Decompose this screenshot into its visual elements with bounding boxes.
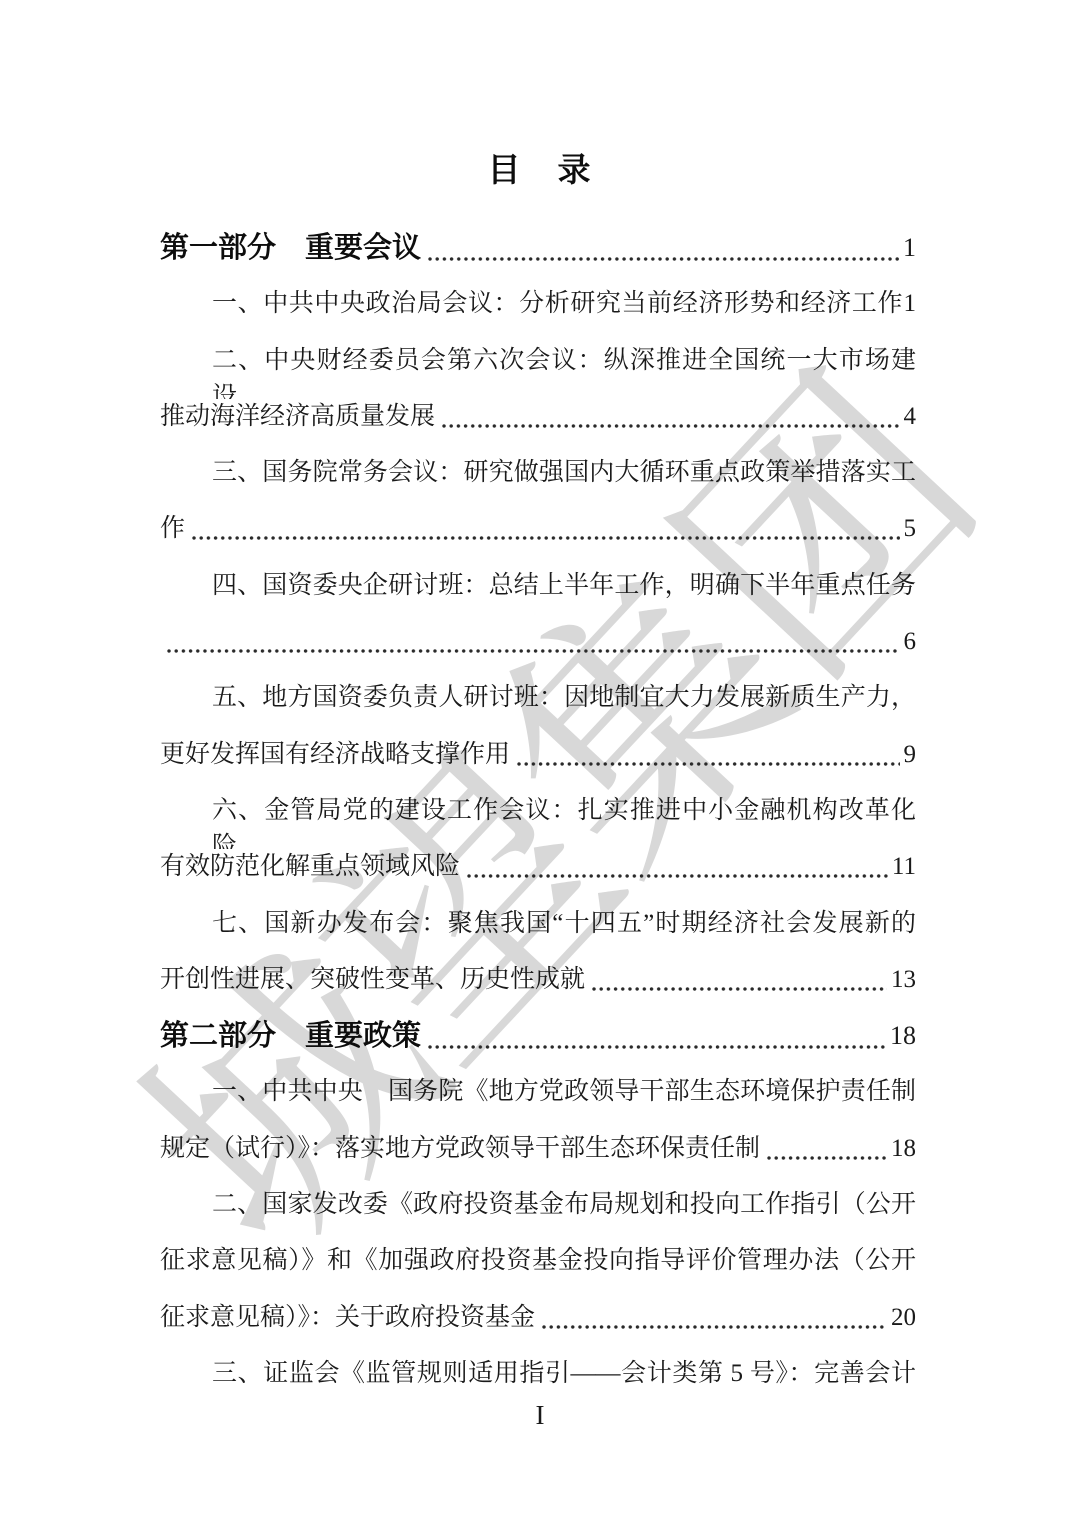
toc-entry-line: 更好发挥国有经济战略支撑作用9 bbox=[160, 737, 916, 793]
toc-entry-text: 六、金管局党的建设工作会议：扎实推进中小金融机构改革化险， bbox=[212, 793, 916, 849]
dot-leader bbox=[592, 987, 887, 991]
toc-section-heading: 第一部分 重要会议1 bbox=[160, 230, 916, 286]
toc-entry-text: 有效防范化解重点领域风险 bbox=[160, 849, 460, 885]
toc-entry-text: 征求意见稿）》和《加强政府投资基金投向指导评价管理办法（公开 bbox=[160, 1243, 916, 1279]
toc-page-number: 5 bbox=[904, 511, 917, 547]
toc-entry-line: 三、国务院常务会议：研究做强国内大循环重点政策举措落实工 bbox=[160, 455, 916, 511]
toc-entry-line: 一、中共中央 国务院《地方党政领导干部生态环境保护责任制 bbox=[160, 1074, 916, 1130]
toc-page-number: 1 bbox=[903, 230, 916, 266]
toc-entry-line: 有效防范化解重点领域风险11 bbox=[160, 849, 916, 905]
dot-leader bbox=[767, 1156, 887, 1160]
toc-entry-line: 作5 bbox=[160, 511, 916, 567]
toc-page-number: 11 bbox=[892, 849, 916, 885]
toc-page-number: 9 bbox=[904, 737, 917, 773]
toc-entry-text: 五、地方国资委负责人研讨班：因地制宜大力发展新质生产力， bbox=[212, 680, 916, 716]
dot-leader bbox=[542, 1325, 887, 1329]
toc-entry-text: 推动海洋经济高质量发展 bbox=[160, 399, 435, 435]
toc-entry-text: 规定（试行）》：落实地方党政领导干部生态环保责任制 bbox=[160, 1131, 760, 1167]
toc-entry-line: 征求意见稿）》：关于政府投资基金20 bbox=[160, 1300, 916, 1356]
table-of-contents: 第一部分 重要会议1一、中共中央政治局会议：分析研究当前经济形势和经济工作1二、… bbox=[160, 230, 916, 1412]
dot-leader bbox=[192, 536, 899, 540]
toc-entry-text: 二、国家发改委《政府投资基金布局规划和投向工作指引（公开 bbox=[212, 1187, 916, 1223]
toc-page-number: 18 bbox=[891, 1131, 916, 1167]
toc-page-number: 4 bbox=[904, 399, 917, 435]
dot-leader bbox=[467, 874, 888, 878]
toc-entry-text: 三、国务院常务会议：研究做强国内大循环重点政策举措落实工 bbox=[212, 455, 916, 491]
document-page: 城望集团 目 录 第一部分 重要会议1一、中共中央政治局会议：分析研究当前经济形… bbox=[0, 0, 1080, 1526]
toc-page-number: 20 bbox=[891, 1300, 916, 1336]
toc-entry-line: 二、国家发改委《政府投资基金布局规划和投向工作指引（公开 bbox=[160, 1187, 916, 1243]
toc-page-number: 1 bbox=[904, 286, 917, 322]
document-content: 目 录 第一部分 重要会议1一、中共中央政治局会议：分析研究当前经济形势和经济工… bbox=[0, 0, 1080, 1431]
toc-entry-line: 6 bbox=[160, 624, 916, 680]
toc-entry-line: 六、金管局党的建设工作会议：扎实推进中小金融机构改革化险， bbox=[160, 793, 916, 849]
toc-entry-line: 七、国新办发布会：聚焦我国“十四五”时期经济社会发展新的 bbox=[160, 906, 916, 962]
toc-entry-line: 推动海洋经济高质量发展4 bbox=[160, 399, 916, 455]
toc-entry-text: 作 bbox=[160, 511, 185, 547]
toc-entry-line: 二、中央财经委员会第六次会议：纵深推进全国统一大市场建设， bbox=[160, 343, 916, 399]
dot-leader bbox=[517, 762, 899, 766]
dot-leader bbox=[442, 424, 899, 428]
toc-entry-line: 开创性进展、突破性变革、历史性成就13 bbox=[160, 962, 916, 1018]
toc-entry-text: 第二部分 重要政策 bbox=[160, 1018, 421, 1054]
toc-entry-text: 四、国资委央企研讨班：总结上半年工作，明确下半年重点任务 bbox=[212, 568, 916, 604]
page-title: 目 录 bbox=[0, 0, 1080, 192]
dot-leader bbox=[428, 1045, 886, 1049]
toc-entry-text: 七、国新办发布会：聚焦我国“十四五”时期经济社会发展新的 bbox=[212, 906, 916, 942]
toc-entry-line: 规定（试行）》：落实地方党政领导干部生态环保责任制18 bbox=[160, 1131, 916, 1187]
toc-section-heading: 第二部分 重要政策18 bbox=[160, 1018, 916, 1074]
footer-page-number: I bbox=[0, 1400, 1080, 1431]
toc-entry-line: 一、中共中央政治局会议：分析研究当前经济形势和经济工作1 bbox=[160, 286, 916, 342]
toc-entry-text: 第一部分 重要会议 bbox=[160, 230, 421, 266]
toc-page-number: 18 bbox=[890, 1018, 916, 1054]
toc-entry-text: 一、中共中央 国务院《地方党政领导干部生态环境保护责任制 bbox=[212, 1074, 916, 1110]
toc-entry-text: 二、中央财经委员会第六次会议：纵深推进全国统一大市场建设， bbox=[212, 343, 916, 399]
toc-page-number: 13 bbox=[891, 962, 916, 998]
toc-entry-text: 更好发挥国有经济战略支撑作用 bbox=[160, 737, 510, 773]
toc-entry-text: 三、证监会《监管规则适用指引——会计类第 5 号》：完善会计 bbox=[212, 1356, 916, 1392]
dot-leader bbox=[167, 649, 900, 653]
toc-entry-text: 开创性进展、突破性变革、历史性成就 bbox=[160, 962, 585, 998]
dot-leader bbox=[428, 257, 899, 261]
toc-entry-line: 四、国资委央企研讨班：总结上半年工作，明确下半年重点任务 bbox=[160, 568, 916, 624]
toc-page-number: 6 bbox=[904, 624, 917, 660]
toc-entry-text: 征求意见稿）》：关于政府投资基金 bbox=[160, 1300, 535, 1336]
toc-entry-line: 征求意见稿）》和《加强政府投资基金投向指导评价管理办法（公开 bbox=[160, 1243, 916, 1299]
toc-entry-line: 五、地方国资委负责人研讨班：因地制宜大力发展新质生产力， bbox=[160, 680, 916, 736]
toc-entry-text: 一、中共中央政治局会议：分析研究当前经济形势和经济工作 bbox=[212, 286, 903, 322]
